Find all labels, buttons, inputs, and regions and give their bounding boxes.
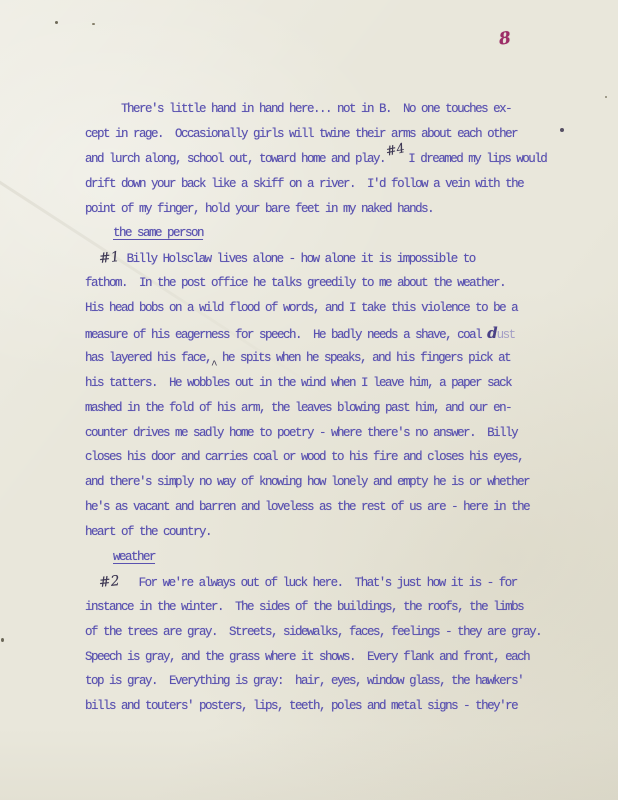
paper-speck — [55, 21, 58, 24]
typed-text: cept in rage. Occasionally girls will tw… — [85, 127, 517, 141]
typed-text: His head bobs on a wild flood of words, … — [85, 301, 517, 315]
text-line: he's as vacant and barren and loveless a… — [85, 495, 563, 520]
paper-speck — [1, 638, 4, 642]
typed-text: weather — [113, 550, 155, 564]
typed-text: fathom. In the post office he talks gree… — [85, 276, 505, 290]
typed-text: bills and touters' posters, lips, teeth,… — [85, 699, 517, 713]
typed-text: counter drives me sadly home to poetry -… — [85, 426, 517, 440]
text-line: There's little hand in hand here... not … — [85, 97, 563, 122]
typed-text: drift down your back like a skiff on a r… — [85, 177, 523, 191]
typed-text: he's as vacant and barren and loveless a… — [85, 500, 529, 514]
typed-text: Speech is gray, and the grass where it s… — [85, 650, 529, 664]
text-line: mashed in the fold of his arm, the leave… — [85, 396, 563, 421]
text-line: point of my finger, hold your bare feet … — [85, 197, 563, 222]
text-line: His head bobs on a wild flood of words, … — [85, 296, 563, 321]
page-number: 8 — [498, 28, 512, 49]
typed-text: and there's simply no way of knowing how… — [85, 475, 529, 489]
text-line: instance in the winter. The sides of the… — [85, 595, 563, 620]
text-line: cept in rage. Occasionally girls will tw… — [85, 122, 563, 147]
text-line: has layered his face,^ he spits when he … — [85, 346, 563, 371]
typed-text: heart of the country. — [85, 525, 211, 539]
text-line: his tatters. He wobbles out in the wind … — [85, 371, 563, 396]
typed-text: Billy Holsclaw lives alone - how alone i… — [127, 252, 475, 266]
text-line: heart of the country. — [85, 520, 563, 545]
text-line: measure of his eagerness for speech. He … — [85, 321, 563, 346]
typed-text: top is gray. Everything is gray: hair, e… — [85, 674, 523, 688]
text-block: There's little hand in hand here... not … — [85, 97, 563, 719]
typed-text: measure of his eagerness for speech. He … — [85, 328, 487, 342]
typed-text: his tatters. He wobbles out in the wind … — [85, 376, 511, 390]
typed-text: and lurch along, school out, toward home… — [85, 152, 385, 166]
text-line: #2 For we're always out of luck here. Th… — [85, 570, 563, 595]
text-line: top is gray. Everything is gray: hair, e… — [85, 669, 563, 694]
section-heading: the same person — [85, 221, 563, 246]
text-line: fathom. In the post office he talks gree… — [85, 271, 563, 296]
insertion-caret-icon: ^ — [211, 354, 216, 379]
text-line: #1Billy Holsclaw lives alone - how alone… — [85, 246, 563, 271]
paper-speck — [605, 96, 607, 98]
typed-text: instance in the winter. The sides of the… — [85, 600, 523, 614]
text-line: of the trees are gray. Streets, sidewalk… — [85, 620, 563, 645]
text-line: closes his door and carries coal or wood… — [85, 445, 563, 470]
text-line: and lurch along, school out, toward home… — [85, 147, 563, 172]
typed-text: has layered his face, — [85, 351, 211, 365]
typed-text: the same person — [113, 226, 203, 240]
manuscript-page: 8 There's little hand in hand here... no… — [0, 0, 618, 800]
text-line: counter drives me sadly home to poetry -… — [85, 421, 563, 446]
typed-text: For we're always out of luck here. That'… — [127, 576, 517, 590]
handwritten-correction: d — [487, 324, 497, 342]
section-heading: weather — [85, 545, 563, 570]
typed-text: There's little hand in hand here... not … — [121, 102, 511, 116]
text-line: bills and touters' posters, lips, teeth,… — [85, 694, 563, 719]
paper-speck — [92, 23, 95, 25]
text-line: Speech is gray, and the grass where it s… — [85, 645, 563, 670]
typed-text: point of my finger, hold your bare feet … — [85, 202, 433, 216]
typed-text: I dreamed my lips would — [408, 152, 546, 166]
text-line: drift down your back like a skiff on a r… — [85, 172, 563, 197]
handwritten-annotation: #2 — [98, 569, 121, 596]
faint-typed-text: ust — [497, 328, 515, 342]
typed-text: closes his door and carries coal or wood… — [85, 450, 523, 464]
handwritten-annotation: #1 — [98, 245, 121, 272]
text-line: and there's simply no way of knowing how… — [85, 470, 563, 495]
typed-text: of the trees are gray. Streets, sidewalk… — [85, 625, 541, 639]
typed-text: he spits when he speaks, and his fingers… — [216, 351, 510, 365]
typed-text: mashed in the fold of his arm, the leave… — [85, 401, 511, 415]
